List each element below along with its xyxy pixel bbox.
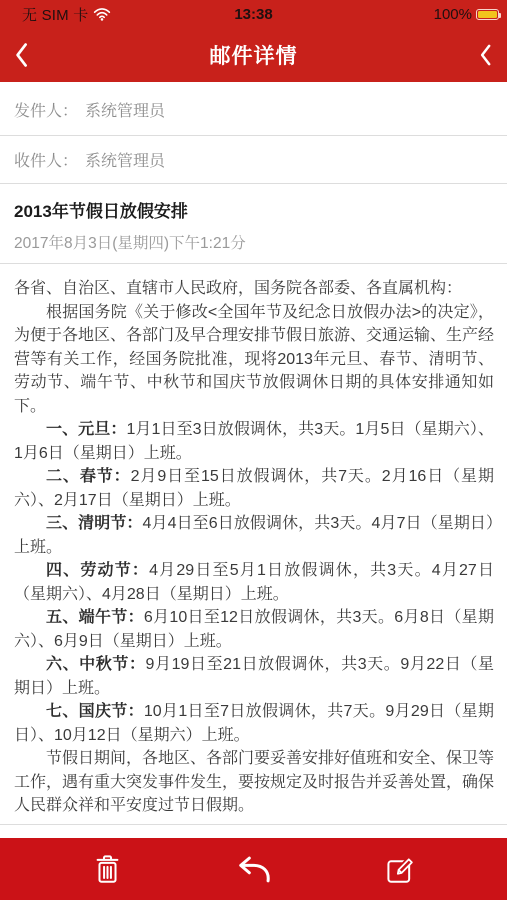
- compose-icon: [383, 853, 416, 886]
- mail-body: 各省、自治区、直辖市人民政府，国务院各部委、各直属机构：根据国务院《关于修改<全…: [0, 264, 507, 824]
- reply-icon: [235, 855, 273, 884]
- mail-date: 2017年8月3日(星期四)下午1:21分: [14, 231, 493, 253]
- previous-mail-button[interactable]: [465, 28, 507, 82]
- recipient-row: 收件人： 系统管理员: [0, 136, 507, 184]
- body-paragraph: 二、春节：2月9日至15日放假调休，共7天。2月16日（星期六）、2月17日（星…: [14, 465, 494, 512]
- sender-row: 发件人： 系统管理员: [0, 82, 507, 136]
- body-paragraph: 七、国庆节：10月1日至7日放假调休，共7天。9月29日（星期日）、10月12日…: [14, 700, 494, 747]
- body-paragraph: 三、清明节：4月4日至6日放假调休，共3天。4月7日（星期日）上班。: [14, 512, 494, 559]
- body-paragraph: 五、端午节：6月10日至12日放假调休，共3天。6月8日（星期六）、6月9日（星…: [14, 606, 494, 653]
- subject-block: 2013年节假日放假安排 2017年8月3日(星期四)下午1:21分: [0, 184, 507, 264]
- battery-percent-label: 100%: [434, 6, 472, 23]
- back-button[interactable]: [0, 28, 44, 82]
- navigation-bar: 邮件详情: [0, 28, 507, 82]
- delete-button[interactable]: [71, 847, 144, 892]
- page-title: 邮件详情: [210, 40, 298, 70]
- reply-button[interactable]: [215, 849, 293, 890]
- body-paragraph: 四、劳动节：4月29日至5月1日放假调休，共3天。4月27日（星期六）、4月28…: [14, 559, 494, 606]
- recipient-label: 收件人：: [14, 148, 78, 171]
- compose-button[interactable]: [363, 847, 436, 892]
- body-paragraph: 六、中秋节：9月19日至21日放假调休，共3天。9月22日（星期日）上班。: [14, 653, 494, 700]
- sender-label: 发件人：: [14, 98, 78, 121]
- chevron-left-icon: [479, 43, 493, 67]
- clock: 13:38: [0, 6, 507, 23]
- sender-value: 系统管理员: [85, 98, 165, 121]
- body-paragraph: 一、元旦：1月1日至3日放假调休，共3天。1月5日（星期六）、1月6日（星期日）…: [14, 418, 494, 465]
- trash-icon: [91, 853, 124, 886]
- status-right-group: 100%: [434, 6, 499, 23]
- phone-screen: 无 SIM 卡 13:38 100%: [0, 0, 507, 900]
- body-paragraph: 根据国务院《关于修改<全国年节及纪念日放假办法>的决定》，为便于各地区、各部门及…: [14, 301, 494, 419]
- attachment-row: 附件： 无: [0, 824, 507, 839]
- body-paragraph: 节假日期间，各地区、各部门要妥善安排好值班和安全、保卫等工作，遇有重大突发事件发…: [14, 747, 494, 818]
- recipient-value: 系统管理员: [85, 148, 165, 171]
- bottom-toolbar: [0, 838, 507, 900]
- chevron-left-icon: [14, 41, 30, 69]
- status-bar: 无 SIM 卡 13:38 100%: [0, 0, 507, 28]
- battery-icon: [476, 9, 499, 20]
- mail-subject: 2013年节假日放假安排: [14, 197, 493, 222]
- mail-detail-content: 发件人： 系统管理员 收件人： 系统管理员 2013年节假日放假安排 2017年…: [0, 82, 507, 838]
- body-paragraph: 各省、自治区、直辖市人民政府，国务院各部委、各直属机构：: [14, 277, 494, 301]
